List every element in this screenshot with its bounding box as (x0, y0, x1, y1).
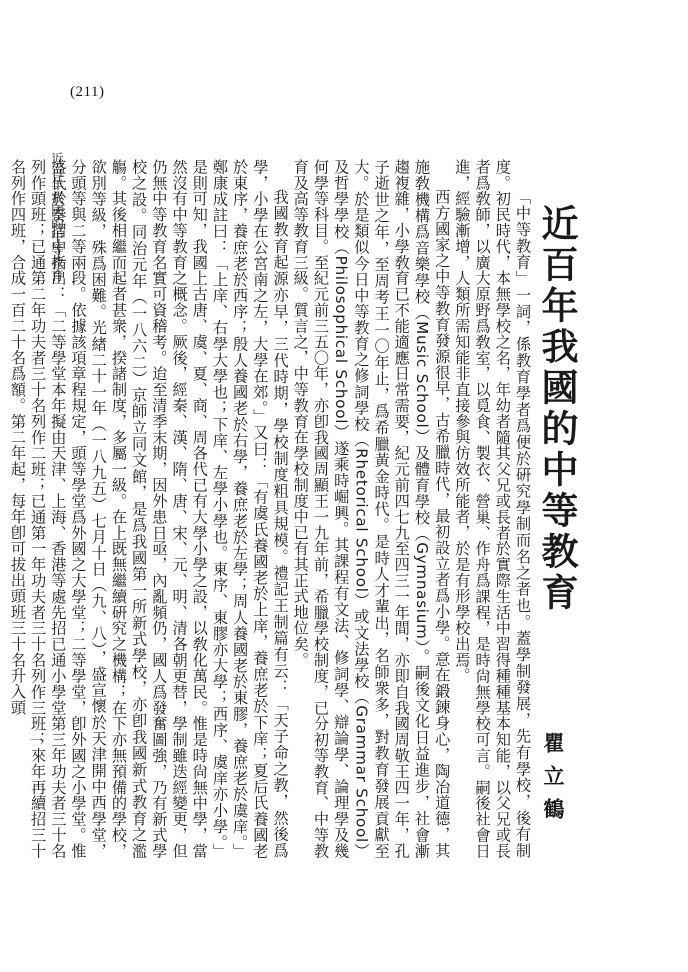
page-number: (211) (70, 84, 104, 101)
paragraph-intro: 「中等教育」一詞，係教育學者爲便於硏究學制而名之者也。蓋學制發展，先有學校，後有… (452, 159, 533, 859)
article-body: 「中等教育」一詞，係教育學者爲便於硏究學制而名之者也。蓋學制發展，先有學校，後有… (72, 159, 533, 859)
running-head: 近百年我國的中等教育 (50, 152, 63, 282)
author-name: 瞿立鶴 (543, 732, 564, 831)
paragraph-west: 西方國家之中等教育發源很早，古希臘時代，最初設立者爲小學。意在鍛鍊身心，陶冶道德… (291, 159, 453, 859)
folio-mark: 一 (30, 735, 43, 748)
article-title: 近百年我國的中等教育 (538, 204, 575, 614)
